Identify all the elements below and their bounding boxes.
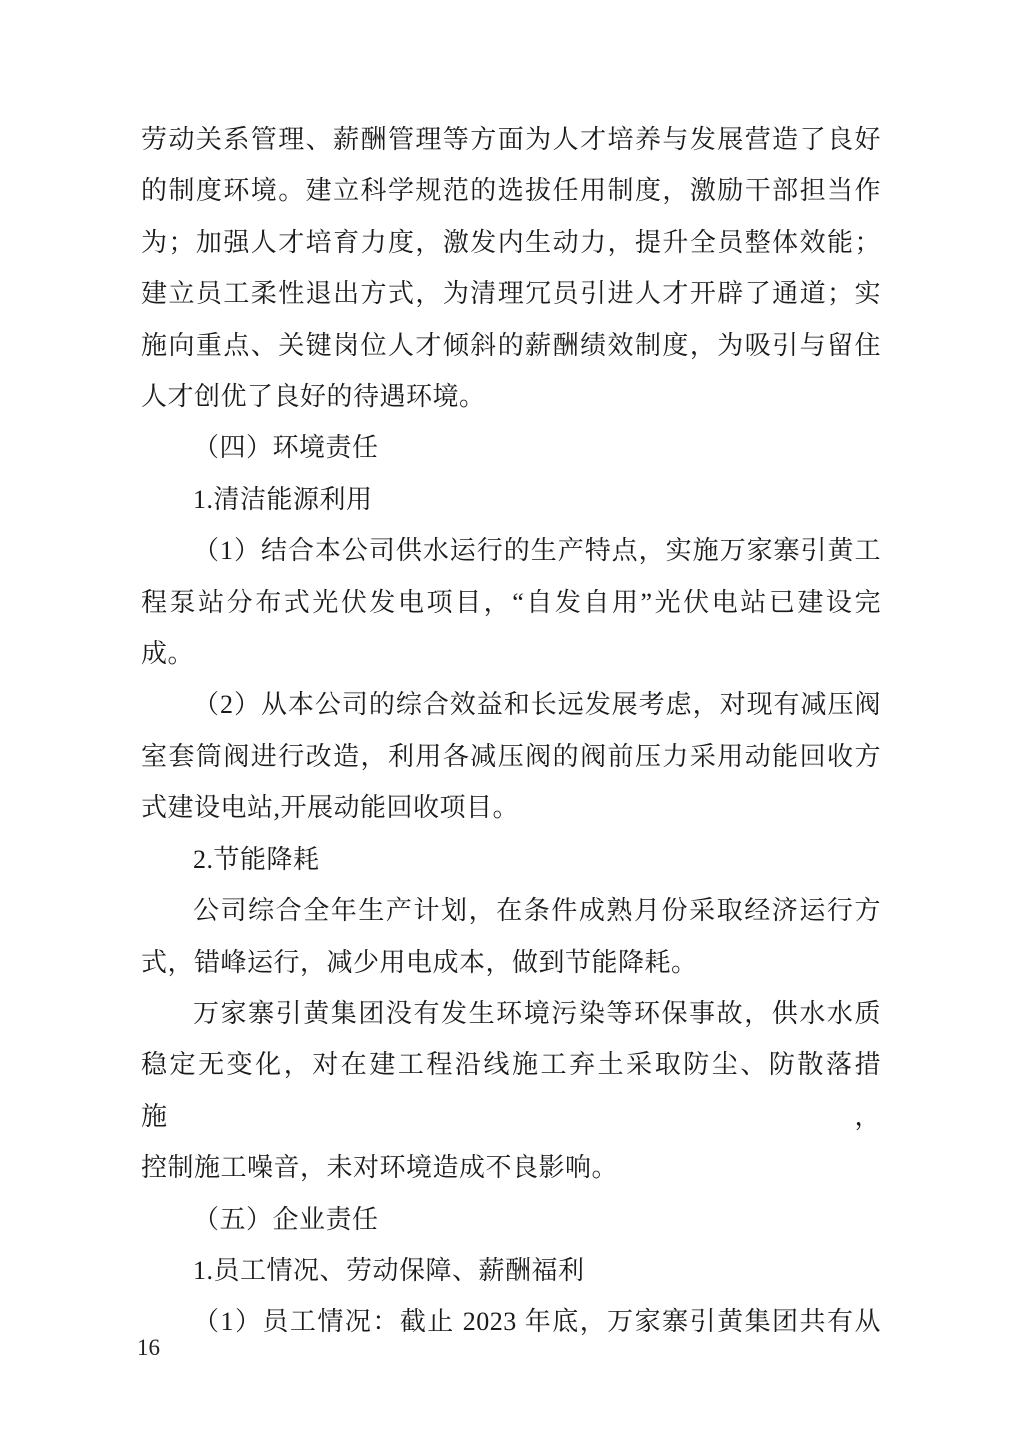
text-line: （2）从本公司的综合效益和长远发展考虑，对现有减压阀 (141, 679, 881, 730)
text-line: 公司综合全年生产计划，在条件成熟月份采取经济运行方 (141, 885, 881, 936)
text-line: 式建设电站,开展动能回收项目。 (141, 782, 881, 833)
text-line: （1）结合本公司供水运行的生产特点，实施万家寨引黄工 (141, 525, 881, 576)
text-line: 施向重点、关键岗位人才倾斜的薪酬绩效制度，为吸引与留住 (141, 320, 881, 371)
document-text-block: 劳动关系管理、薪酬管理等方面为人才培养与发展营造了良好 的制度环境。建立科学规范… (141, 114, 881, 1348)
text-line: 稳定无变化，对在建工程沿线施工弃土采取防尘、防散落措施， (141, 1039, 881, 1142)
text-line: 人才创优了良好的待遇环境。 (141, 371, 881, 422)
text-line: 万家寨引黄集团没有发生环境污染等环保事故，供水水质 (141, 988, 881, 1039)
text-line: 的制度环境。建立科学规范的选拔任用制度，激励干部担当作 (141, 165, 881, 216)
text-line: 成。 (141, 628, 881, 679)
subheading-clean-energy: 1.清洁能源利用 (141, 474, 881, 525)
page-number: 16 (137, 1335, 160, 1361)
subheading-energy-saving: 2.节能降耗 (141, 834, 881, 885)
section-heading-enterprise: （五）企业责任 (141, 1194, 881, 1245)
section-heading-environment: （四）环境责任 (141, 422, 881, 473)
text-line: 建立员工柔性退出方式，为清理冗员引进人才开辟了通道；实 (141, 268, 881, 319)
text-line: 控制施工噪音，未对环境造成不良影响。 (141, 1142, 881, 1193)
text-line: 室套筒阀进行改造，利用各减压阀的阀前压力采用动能回收方 (141, 731, 881, 782)
text-line: 程泵站分布式光伏发电项目，“自发自用”光伏电站已建设完 (141, 577, 881, 628)
text-line: 为；加强人才培育力度，激发内生动力，提升全员整体效能； (141, 217, 881, 268)
text-line: 劳动关系管理、薪酬管理等方面为人才培养与发展营造了良好 (141, 114, 881, 165)
text-line: （1）员工情况：截止 2023 年底，万家寨引黄集团共有从 (141, 1296, 881, 1347)
subheading-employee-welfare: 1.员工情况、劳动保障、薪酬福利 (141, 1245, 881, 1296)
text-line: 式，错峰运行，减少用电成本，做到节能降耗。 (141, 937, 881, 988)
